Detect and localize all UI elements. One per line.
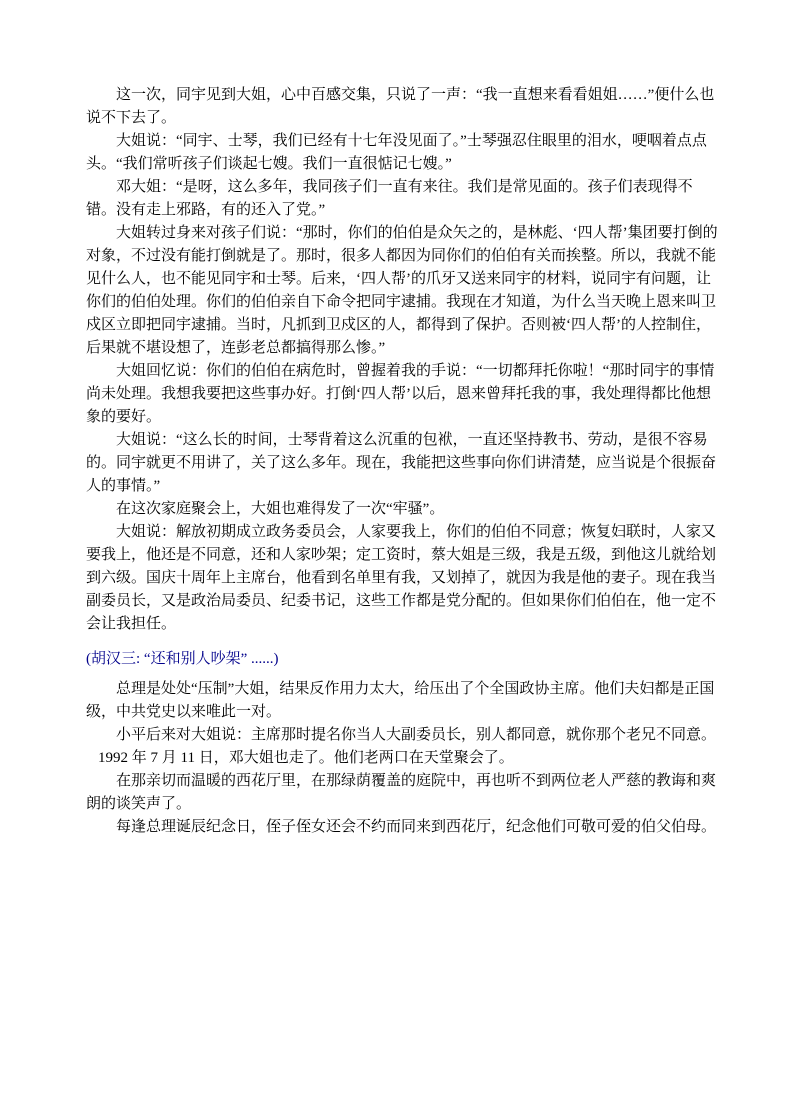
paragraph: 大姐说：“同宇、士琴，我们已经有十七年没见面了。”士琴强忍住眼里的泪水，哽咽着点… — [86, 130, 718, 176]
document-page: 这一次，同宇见到大姐，心中百感交集，只说了一声：“我一直想来看看姐姐……”便什么… — [0, 0, 800, 1100]
paragraph: 大姐说：“这么长的时间，士琴背着这么沉重的包袱，一直还坚持教书、劳动，是很不容易… — [86, 429, 718, 498]
paragraph: 邓大姐：“是呀，这么多年，我同孩子们一直有来往。我们是常见面的。孩子们表现得不错… — [86, 176, 718, 222]
paragraph: 大姐说：解放初期成立政务委员会，人家要我上，你们的伯伯不同意；恢复妇联时，人家又… — [86, 521, 718, 636]
paragraph: 大姐回忆说：你们的伯伯在病危时，曾握着我的手说：“一切都拜托你啦！“那时同宇的事… — [86, 360, 718, 429]
paragraph: 在那亲切而温暖的西花厅里，在那绿荫覆盖的庭院中，再也听不到两位老人严慈的教诲和爽… — [86, 770, 718, 816]
paragraph: 大姐转过身来对孩子们说：“那时，你们的伯伯是众矢之的，是林彪、‘四人帮’集团要打… — [86, 222, 718, 360]
paragraph: 每逢总理诞辰纪念日，侄子侄女还会不约而同来到西花厅，纪念他们可敬可爱的伯父伯母。 — [86, 816, 718, 839]
paragraph: 1992 年 7 月 11 日，邓大姐也走了。他们老两口在天堂聚会了。 — [86, 747, 718, 770]
document-body: 这一次，同宇见到大姐，心中百感交集，只说了一声：“我一直想来看看姐姐……”便什么… — [86, 84, 718, 839]
annotation-paragraph: (胡汉三: “还和别人吵架” ......) — [86, 648, 718, 671]
paragraph: 在这次家庭聚会上，大姐也难得发了一次“牢骚”。 — [86, 498, 718, 521]
paragraph: 这一次，同宇见到大姐，心中百感交集，只说了一声：“我一直想来看看姐姐……”便什么… — [86, 84, 718, 130]
paragraph: 小平后来对大姐说：主席那时提名你当人大副委员长，别人都同意，就你那个老兄不同意。 — [86, 724, 718, 747]
paragraph: 总理是处处“压制”大姐，结果反作用力太大，给压出了个全国政协主席。他们夫妇都是正… — [86, 678, 718, 724]
